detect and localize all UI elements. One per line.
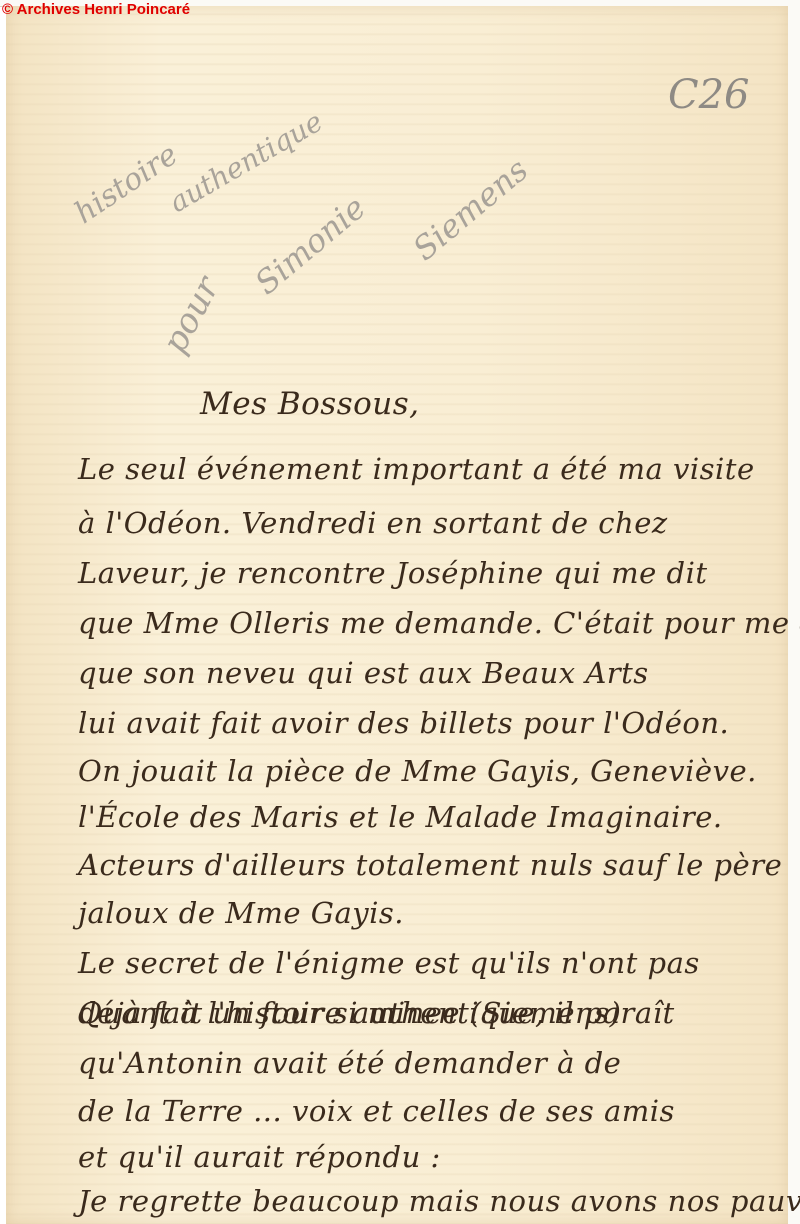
letter-line: Je regrette beaucoup mais nous avons nos…	[78, 1184, 800, 1218]
letter-line: que Mme Olleris me demande. C'était pour…	[78, 606, 800, 640]
letter-line: jaloux de Mme Gayis.	[78, 896, 404, 930]
letter-line: Laveur, je rencontre Joséphine qui me di…	[78, 556, 708, 590]
letter-line: Le seul événement important a été ma vis…	[78, 452, 755, 486]
letter-salutation: Mes Bossous,	[200, 386, 420, 422]
copyright-watermark: © Archives Henri Poincaré	[2, 1, 190, 18]
archive-shelfmark: C26	[668, 72, 750, 118]
letter-line: Acteurs d'ailleurs totalement nuls sauf …	[78, 848, 782, 882]
letter-line: à l'Odéon. Vendredi en sortant de chez	[78, 506, 668, 540]
letter-line: de la Terre ... voix et celles de ses am…	[78, 1094, 675, 1128]
letter-line: On jouait la pièce de Mme Gayis, Geneviè…	[78, 754, 757, 788]
letter-line: lui avait fait avoir des billets pour l'…	[78, 706, 729, 740]
letter-line: et qu'il aurait répondu :	[78, 1140, 441, 1174]
letter-line: Quant à l'histoire authentique, il paraî…	[78, 996, 675, 1030]
letter-line: que son neveu qui est aux Beaux Arts	[78, 656, 649, 690]
letter-line: Le secret de l'énigme est qu'ils n'ont p…	[78, 946, 700, 980]
letter-line: l'École des Maris et le Malade Imaginair…	[78, 800, 723, 834]
letter-line: qu'Antonin avait été demander à de	[78, 1046, 621, 1080]
